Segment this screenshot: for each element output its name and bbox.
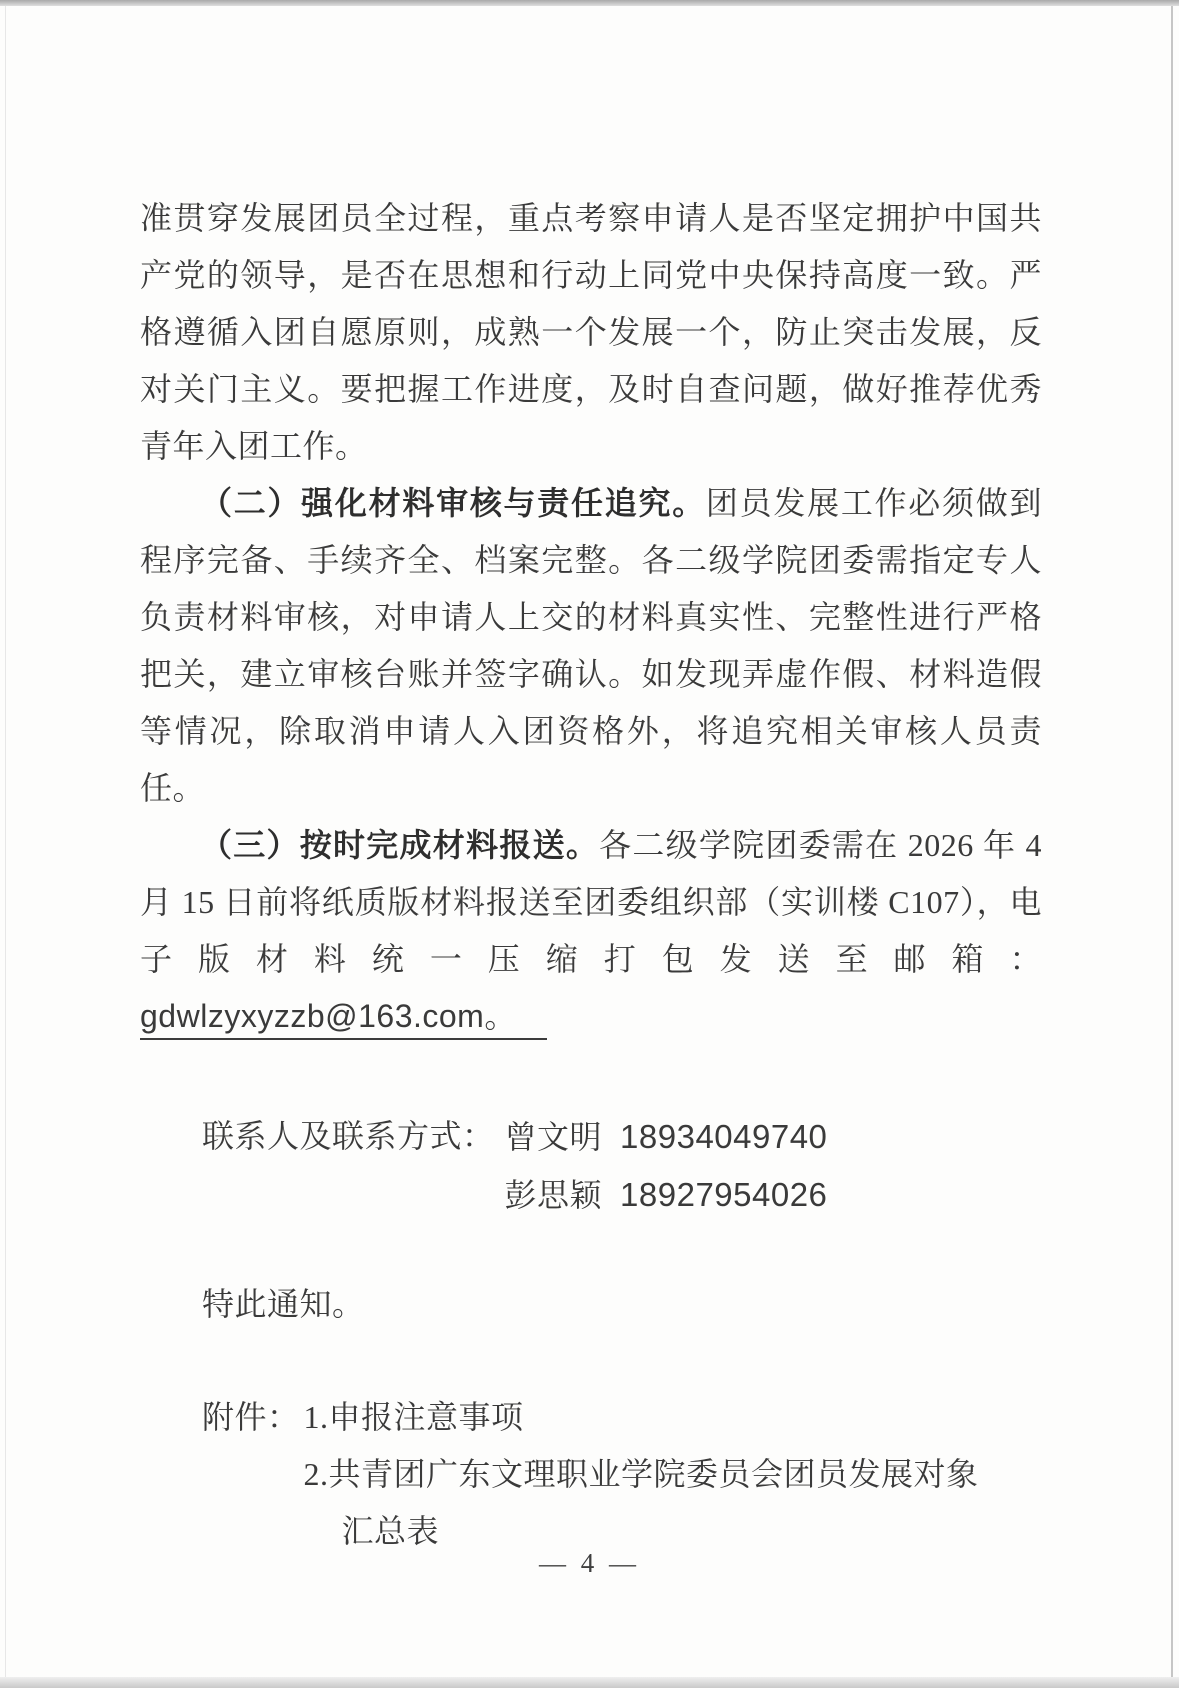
document-body: 准贯穿发展团员全过程，重点考察申请人是否坚定拥护中国共产党的领导，是否在思想和行… — [140, 190, 1042, 1560]
contact-block: 联系人及联系方式： 曾文明18934049740 彭思颖18927954026 — [140, 1108, 1042, 1224]
section-3-heading: （三）按时完成材料报送。 — [200, 827, 599, 863]
attachment-item: 2.共青团广东文理职业学院委员会团员发展对象 — [304, 1446, 979, 1503]
attachments-label: 附件： — [202, 1389, 300, 1560]
page-edge-top — [0, 0, 1179, 6]
page-number: — 4 — — [0, 1548, 1179, 1579]
attachments-block: 附件： 1.申报注意事项 2.共青团广东文理职业学院委员会团员发展对象 汇总表 — [140, 1389, 1042, 1560]
contact-phone: 18934049740 — [620, 1118, 827, 1155]
paragraph-continuation: 准贯穿发展团员全过程，重点考察申请人是否坚定拥护中国共产党的领导，是否在思想和行… — [140, 190, 1042, 475]
closing-note: 特此通知。 — [140, 1276, 1042, 1333]
document-page: 准贯穿发展团员全过程，重点考察申请人是否坚定拥护中国共产党的领导，是否在思想和行… — [0, 0, 1179, 1688]
contact-name: 彭思颖 — [505, 1177, 603, 1213]
page-edge-bottom — [0, 1677, 1179, 1688]
contact-phone: 18927954026 — [620, 1176, 827, 1213]
contact-label: 联系人及联系方式： — [202, 1108, 495, 1224]
email-address: gdwlzyxyzzb@163.com。 — [140, 998, 547, 1040]
paragraph-section-2: （二）强化材料审核与责任追究。团员发展工作必须做到程序完备、手续齐全、档案完整。… — [140, 475, 1042, 817]
contact-entry: 彭思颖18927954026 — [505, 1166, 828, 1224]
section-2-body: 团员发展工作必须做到程序完备、手续齐全、档案完整。各二级学院团委需指定专人负责材… — [140, 485, 1042, 806]
page-edge-left — [5, 6, 6, 1677]
contact-name: 曾文明 — [505, 1119, 603, 1155]
page-edge-right — [1171, 6, 1173, 1677]
attachments-list: 1.申报注意事项 2.共青团广东文理职业学院委员会团员发展对象 汇总表 — [304, 1389, 979, 1560]
paragraph-section-3: （三）按时完成材料报送。各二级学院团委需在 2026 年 4 月 15 日前将纸… — [140, 817, 1042, 1045]
section-2-heading: （二）强化材料审核与责任追究。 — [200, 485, 706, 521]
attachment-item: 1.申报注意事项 — [304, 1389, 979, 1446]
contact-list: 曾文明18934049740 彭思颖18927954026 — [505, 1108, 828, 1224]
contact-entry: 曾文明18934049740 — [505, 1108, 828, 1166]
